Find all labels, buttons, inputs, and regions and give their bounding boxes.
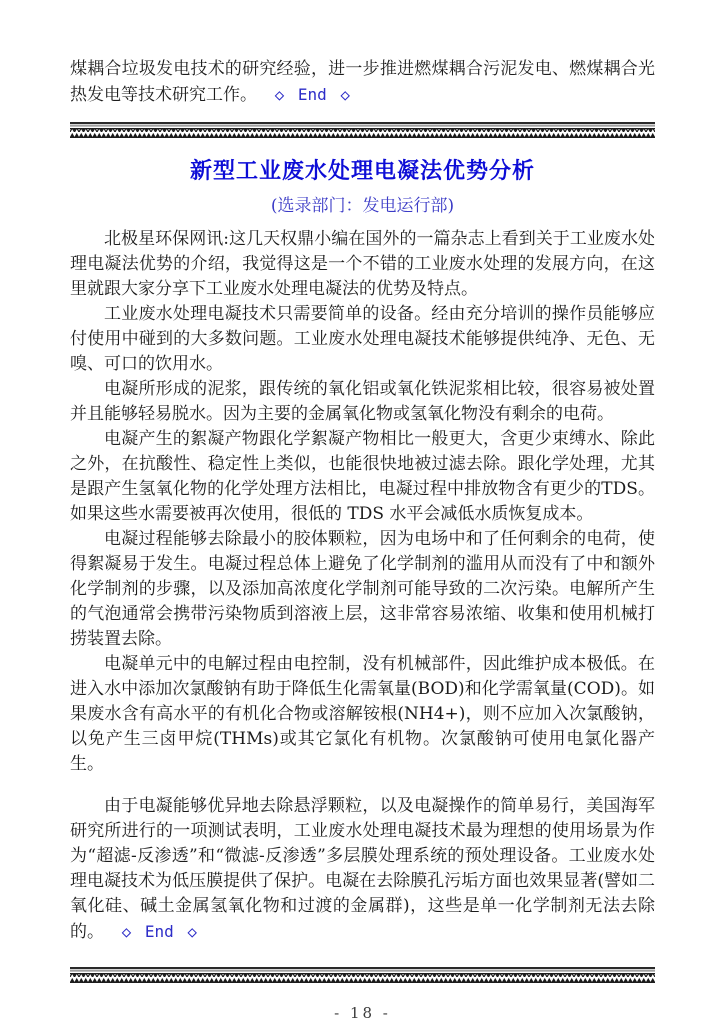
article-end-marker: ◇ End ◇ xyxy=(122,922,197,941)
paragraph-7: 由于电凝能够优异地去除悬浮颗粒，以及电凝操作的简单易行，美国海军研究所进行的一项… xyxy=(70,794,655,945)
paragraph-2: 工业废水处理电凝技术只需要简单的设备。经由充分培训的操作员能够应付使用中碰到的大… xyxy=(70,302,655,377)
article-title: 新型工业废水处理电凝法优势分析 xyxy=(70,154,655,185)
zigzag-border-icon xyxy=(70,122,655,138)
article-body: 北极星环保网讯:这几天权鼎小编在国外的一篇杂志上看到关于工业废水处理电凝法优势的… xyxy=(70,227,655,945)
paragraph-4-text: 电凝产生的絮凝产物跟化学絮凝产物相比一般更大，含更少束缚水、除此之外，在抗酸性、… xyxy=(70,429,655,524)
zigzag-border-icon xyxy=(70,967,655,983)
zigzag-divider-top xyxy=(70,122,655,138)
article-subtitle: (选录部门：发电运行部) xyxy=(70,191,655,216)
paragraph-6-text: 电凝单元中的电解过程由电控制，没有机械部件，因此维护成本极低。在进入水中添加次氯… xyxy=(70,654,655,774)
paragraph-3-text: 电凝所形成的泥浆，跟传统的氧化铝或氧化铁泥浆相比较，很容易被处置并且能够轻易脱水… xyxy=(70,379,655,424)
paragraph-5-text: 电凝过程能够去除最小的胶体颗粒，因为电场中和了任何剩余的电荷，使得絮凝易于发生。… xyxy=(70,529,655,649)
document-page: 煤耦合垃圾发电技术的研究经验，进一步推进燃煤耦合污泥发电、燃煤耦合光热发电等技术… xyxy=(0,0,724,1024)
paragraph-1: 北极星环保网讯:这几天权鼎小编在国外的一篇杂志上看到关于工业废水处理电凝法优势的… xyxy=(70,227,655,302)
paragraph-2-text: 工业废水处理电凝技术只需要简单的设备。经由充分培训的操作员能够应付使用中碰到的大… xyxy=(70,304,655,374)
zigzag-divider-bottom xyxy=(70,967,655,983)
paragraph-6: 电凝单元中的电解过程由电控制，没有机械部件，因此维护成本极低。在进入水中添加次氯… xyxy=(70,652,655,777)
paragraph-4: 电凝产生的絮凝产物跟化学絮凝产物相比一般更大，含更少束缚水、除此之外，在抗酸性、… xyxy=(70,427,655,527)
paragraph-1-text: 北极星环保网讯:这几天权鼎小编在国外的一篇杂志上看到关于工业废水处理电凝法优势的… xyxy=(70,229,655,299)
article-end-marker: ◇ End ◇ xyxy=(275,85,350,104)
previous-article-text: 煤耦合垃圾发电技术的研究经验，进一步推进燃煤耦合污泥发电、燃煤耦合光热发电等技术… xyxy=(70,59,655,105)
paragraph-5: 电凝过程能够去除最小的胶体颗粒，因为电场中和了任何剩余的电荷，使得絮凝易于发生。… xyxy=(70,527,655,652)
paragraph-3: 电凝所形成的泥浆，跟传统的氧化铝或氧化铁泥浆相比较，很容易被处置并且能够轻易脱水… xyxy=(70,377,655,427)
previous-article-continuation: 煤耦合垃圾发电技术的研究经验，进一步推进燃煤耦合污泥发电、燃煤耦合光热发电等技术… xyxy=(70,57,655,108)
paragraph-7-text: 由于电凝能够优异地去除悬浮颗粒，以及电凝操作的简单易行，美国海军研究所进行的一项… xyxy=(70,796,655,942)
page-number: - 18 - xyxy=(70,1004,655,1022)
